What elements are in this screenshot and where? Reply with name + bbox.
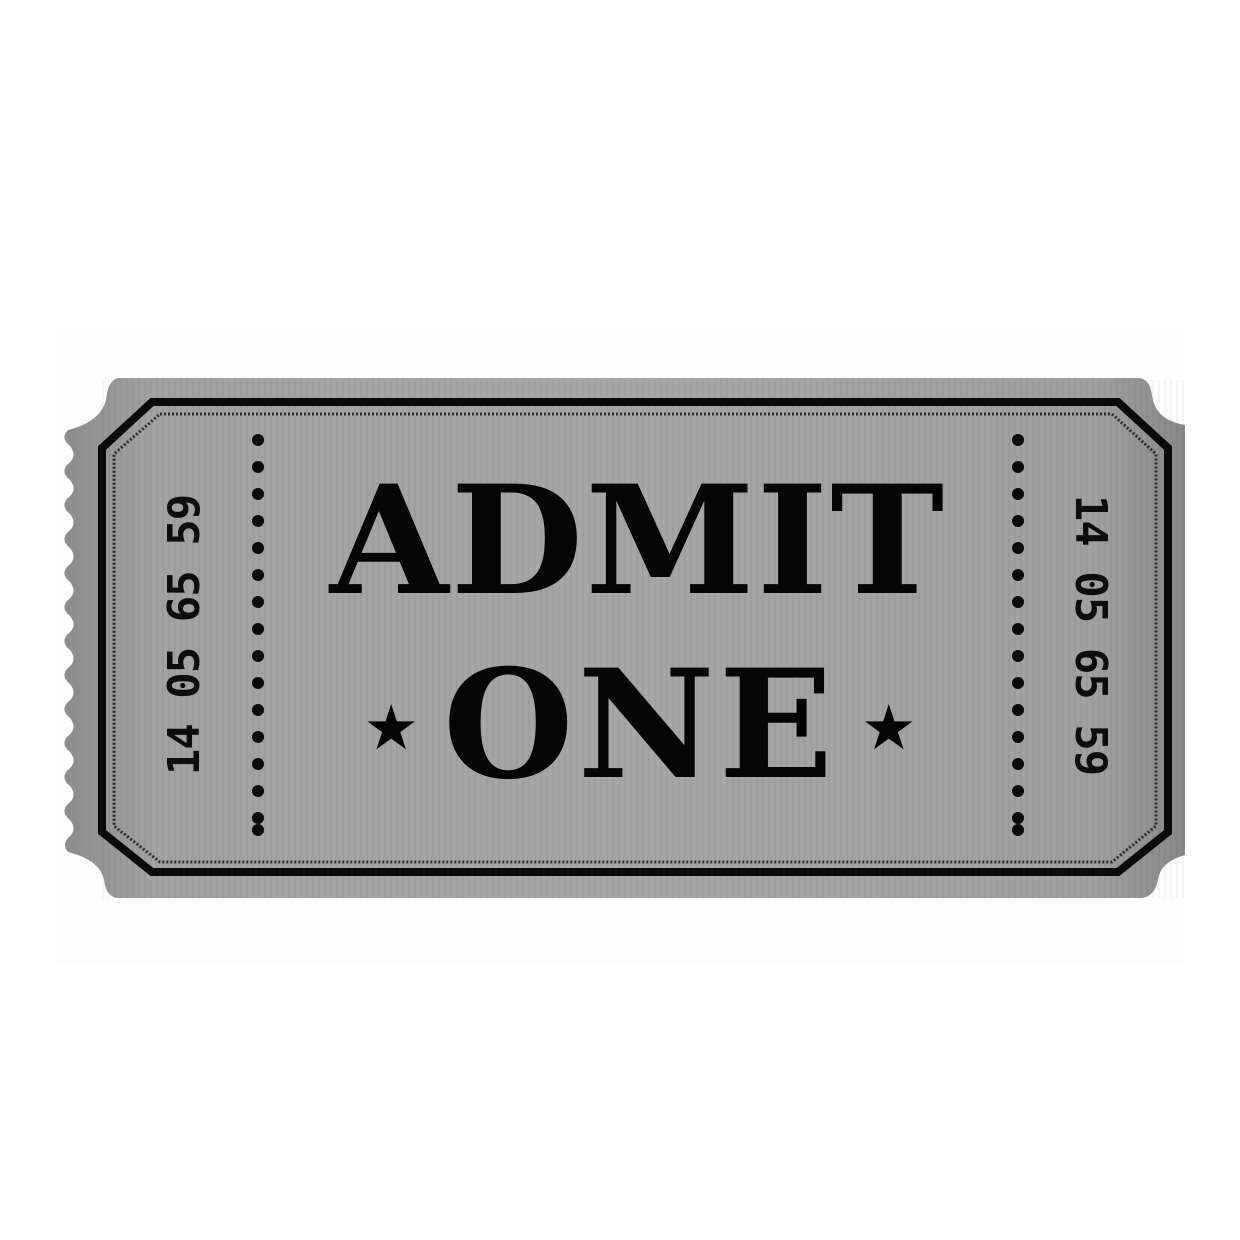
ticket-headline: ADMIT	[291, 466, 985, 616]
star-icon: ★	[363, 697, 419, 759]
star-icon: ★	[861, 697, 917, 759]
ticket-subline: ONE	[443, 650, 837, 800]
ticket-subline-row: ★ ONE ★	[340, 650, 940, 800]
serial-number-right: 14 05 65 59	[1060, 475, 1120, 795]
serial-number-left: 14 05 65 59	[155, 475, 215, 795]
